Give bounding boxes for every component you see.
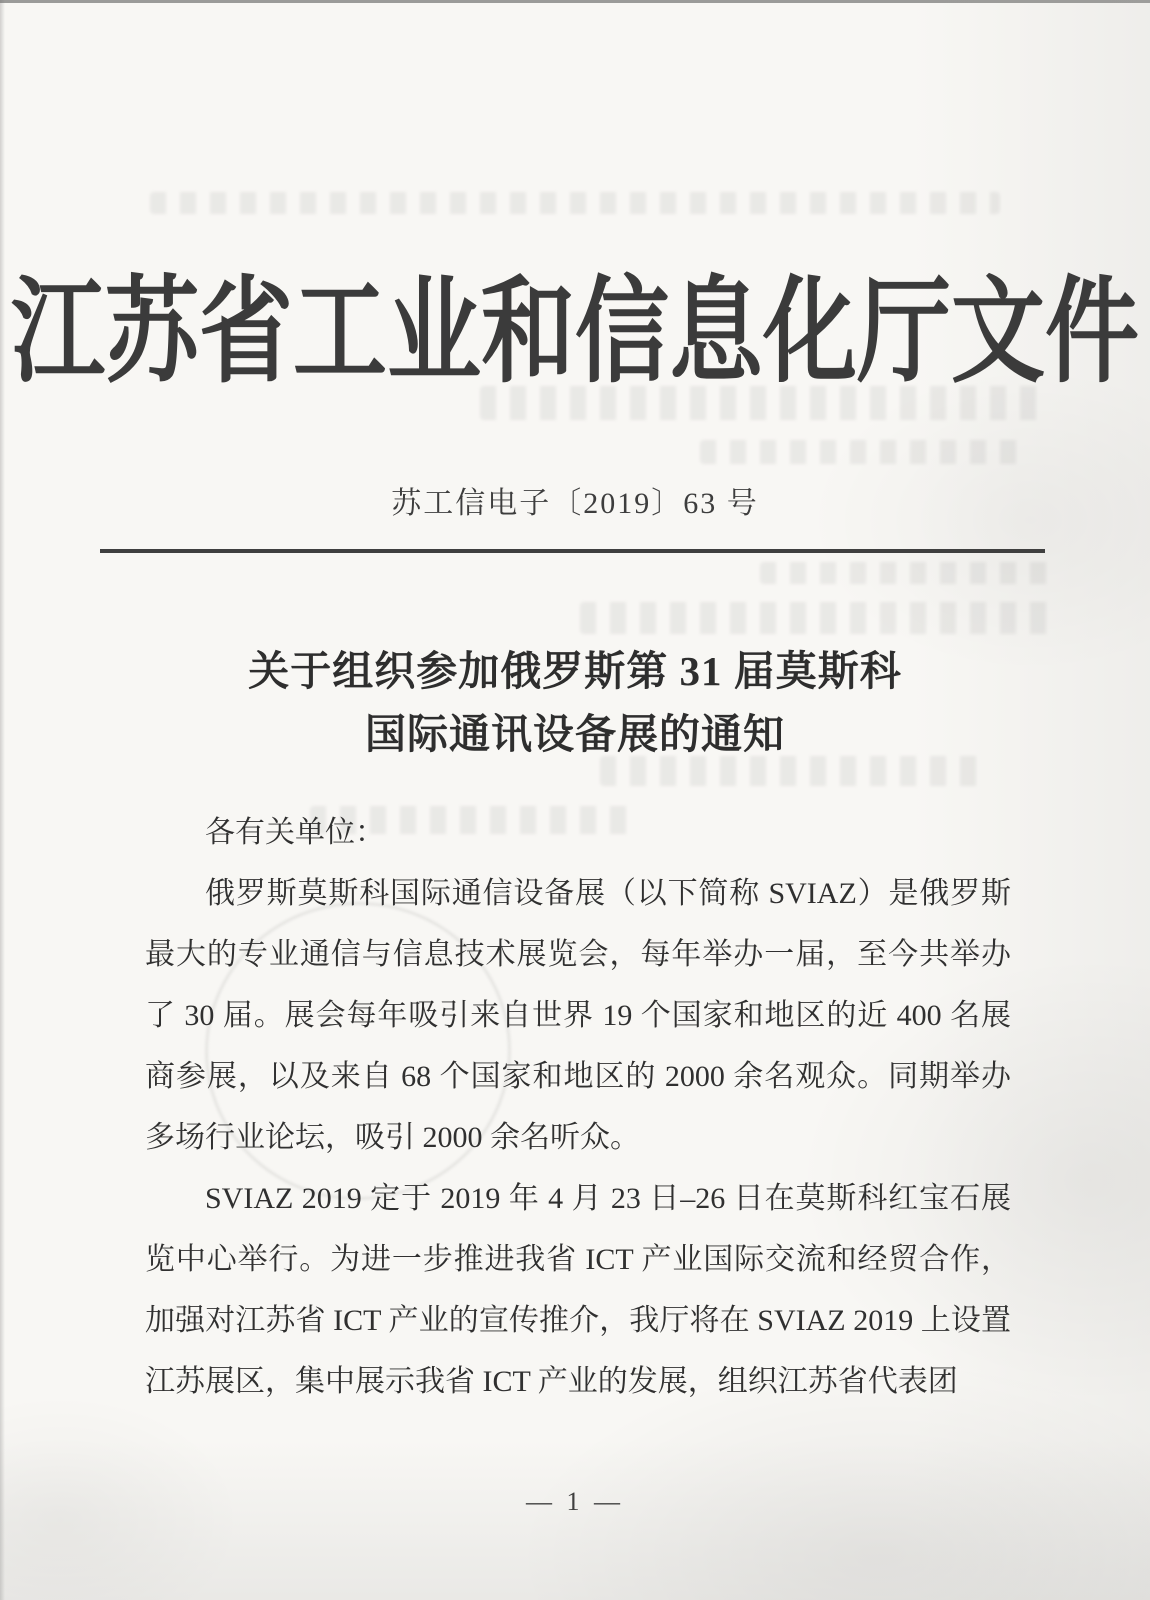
document-body: 各有关单位： 俄罗斯莫斯科国际通信设备展（以下简称 SVIAZ）是俄罗斯最大的专… [145, 802, 1011, 1412]
notice-title: 关于组织参加俄罗斯第 31 届莫斯科 国际通讯设备展的通知 [0, 640, 1150, 766]
body-paragraph: SVIAZ 2019 定于 2019 年 4 月 23 日–26 日在莫斯科红宝… [145, 1168, 1011, 1412]
letterhead-rule [100, 549, 1045, 553]
bleedthrough-smudge [580, 602, 1050, 634]
scan-left-edge [0, 0, 5, 1600]
body-paragraph: 俄罗斯莫斯科国际通信设备展（以下简称 SVIAZ）是俄罗斯最大的专业通信与信息技… [145, 863, 1011, 1168]
scanned-document-page: 江苏省工业和信息化厅文件 苏工信电子〔2019〕63 号 关于组织参加俄罗斯第 … [0, 0, 1150, 1600]
bleedthrough-smudge [760, 562, 1050, 584]
salutation: 各有关单位： [145, 802, 1011, 863]
letterhead-title: 江苏省工业和信息化厅文件 [0, 276, 1150, 391]
bleedthrough-smudge [700, 440, 1020, 464]
document-number: 苏工信电子〔2019〕63 号 [0, 478, 1150, 522]
page-number: — 1 — [0, 1487, 1150, 1517]
notice-title-line2: 国际通讯设备展的通知 [0, 703, 1150, 766]
notice-title-line1: 关于组织参加俄罗斯第 31 届莫斯科 [0, 640, 1150, 703]
bleedthrough-smudge [150, 192, 1000, 214]
scan-bottom-shading [0, 1440, 1150, 1600]
